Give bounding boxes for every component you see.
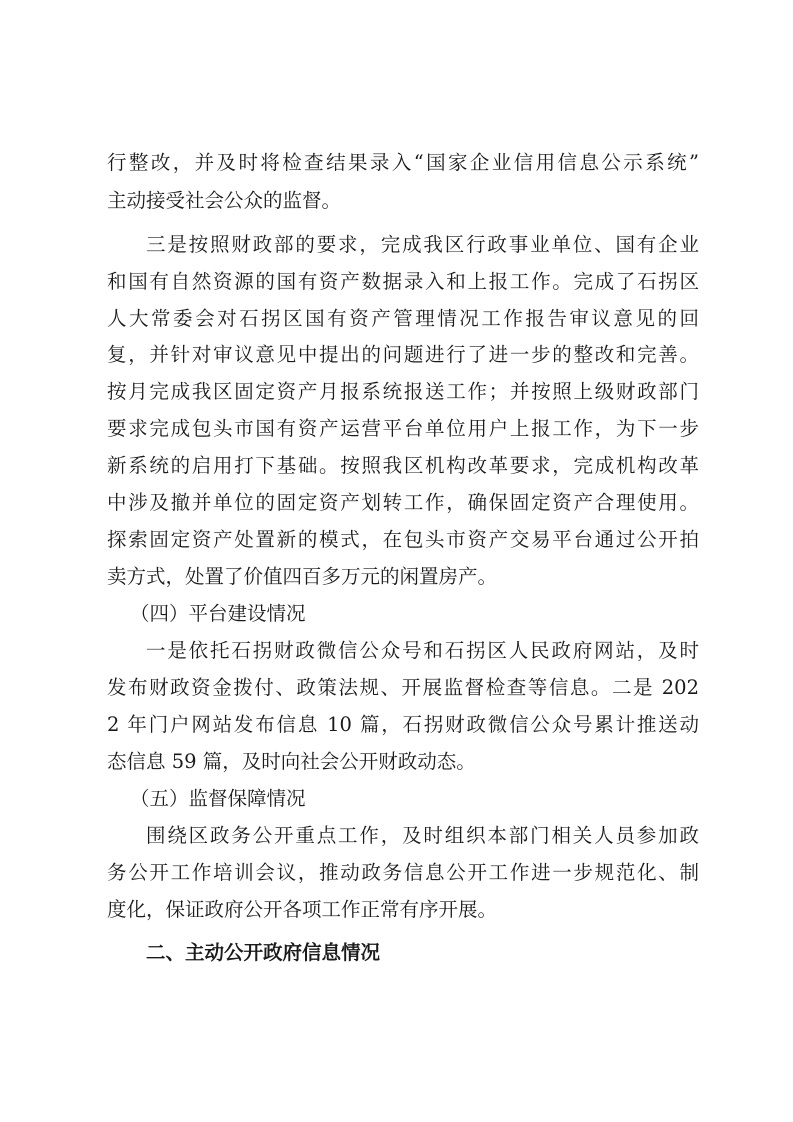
paragraph-line: 度化，保证政府公开各项工作正常有序开展。: [107, 898, 699, 922]
subheading-platform-construction: （四）平台建设情况: [130, 602, 530, 626]
paragraph-line: 态信息 59 篇，及时向社会公开财政动态。: [107, 750, 699, 774]
paragraph-line: 主动接受社会公众的监督。: [107, 189, 699, 213]
paragraph-line: 务公开工作培训会议，推动政务信息公开工作进一步规范化、制: [107, 861, 699, 885]
paragraph-line: 探索固定资产处置新的模式，在包头市资产交易平台通过公开拍: [107, 528, 699, 552]
paragraph-line: 一是依托石拐财政微信公众号和石拐区人民政府网站，及时: [146, 639, 699, 663]
paragraph-line: 人大常委会对石拐区国有资产管理情况工作报告审议意见的回: [107, 307, 699, 331]
paragraph-line: 和国有自然资源的国有资产数据录入和上报工作。完成了石拐区: [107, 270, 699, 294]
paragraph-line: 复，并针对审议意见中提出的问题进行了进一步的整改和完善。: [107, 343, 699, 367]
paragraph-line: 围绕区政务公开重点工作，及时组织本部门相关人员参加政: [146, 824, 699, 848]
paragraph-line: 2 年门户网站发布信息 10 篇，石拐财政微信公众号累计推送动: [107, 713, 699, 737]
paragraph-line: 新系统的启用打下基础。按照我区机构改革要求，完成机构改革: [107, 454, 699, 478]
paragraph-line: 按月完成我区固定资产月报系统报送工作；并按照上级财政部门: [107, 380, 699, 404]
paragraph-line: 三是按照财政部的要求，完成我区行政事业单位、国有企业: [146, 233, 699, 257]
paragraph-line: 发布财政资金拨付、政策法规、开展监督检查等信息。二是 202: [107, 676, 699, 700]
paragraph-line: 卖方式，处置了价值四百多万元的闲置房产。: [107, 565, 699, 589]
paragraph-line: 要求完成包头市国有资产运营平台单位用户上报工作，为下一步: [107, 417, 699, 441]
section-heading-proactive-disclosure: 二、主动公开政府信息情况: [146, 941, 546, 965]
paragraph-line: 行整改，并及时将检查结果录入“国家企业信用信息公示系统”: [107, 151, 699, 175]
document-page: 行整改，并及时将检查结果录入“国家企业信用信息公示系统” 主动接受社会公众的监督…: [0, 0, 793, 1122]
paragraph-line: 中涉及撤并单位的固定资产划转工作，确保固定资产合理使用。: [107, 491, 699, 515]
subheading-supervision: （五）监督保障情况: [130, 787, 530, 811]
